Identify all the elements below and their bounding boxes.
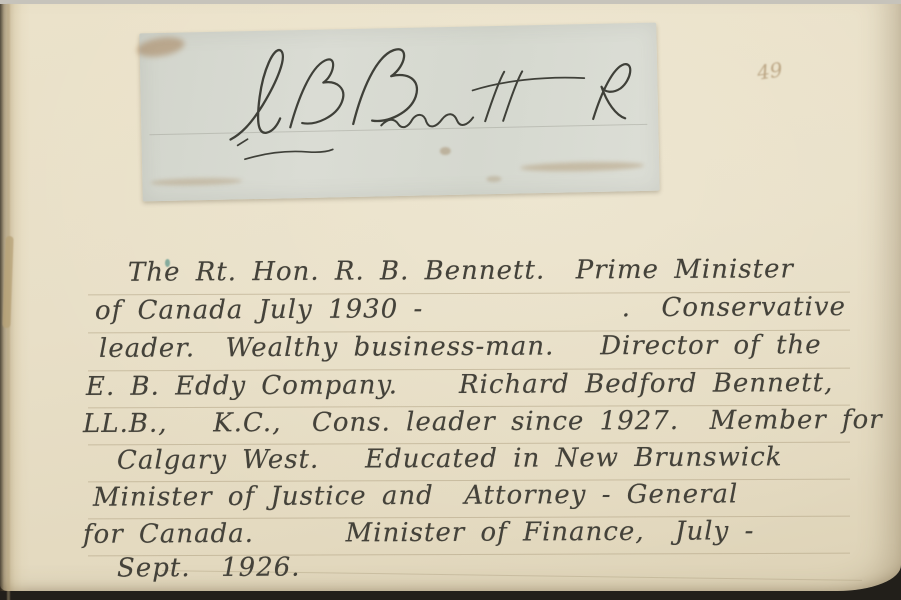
handwritten-line-8: for Canada. Minister of Finance, July - xyxy=(83,516,754,550)
signature-ink xyxy=(139,23,659,202)
handwritten-line-9: Sept. 1926. xyxy=(117,553,301,584)
photo-of-album-page: The Rt. Hon. R. B. Bennett. Prime Minist… xyxy=(0,0,901,600)
handwritten-line-3: leader. Wealthy business-man. Director o… xyxy=(99,330,822,364)
album-page: The Rt. Hon. R. B. Bennett. Prime Minist… xyxy=(0,4,901,591)
page-edge-sliver xyxy=(2,236,13,328)
handwritten-line-7: Minister of Justice and Attorney - Gener… xyxy=(93,479,738,512)
handwritten-line-4: E. B. Eddy Company. Richard Bedford Benn… xyxy=(86,368,833,402)
handwritten-line-5: LL.B., K.C., Cons. leader since 1927. Me… xyxy=(83,405,883,439)
handwritten-line-2: of Canada July 1930 - . Conservative xyxy=(95,292,846,326)
handwritten-line-6: Calgary West. Educated in New Brunswick xyxy=(117,442,783,475)
handwritten-line-1: The Rt. Hon. R. B. Bennett. Prime Minist… xyxy=(128,254,794,287)
corner-smudge: 49 xyxy=(755,57,784,84)
ink-speck xyxy=(165,259,170,267)
signature-clipping xyxy=(139,23,659,202)
